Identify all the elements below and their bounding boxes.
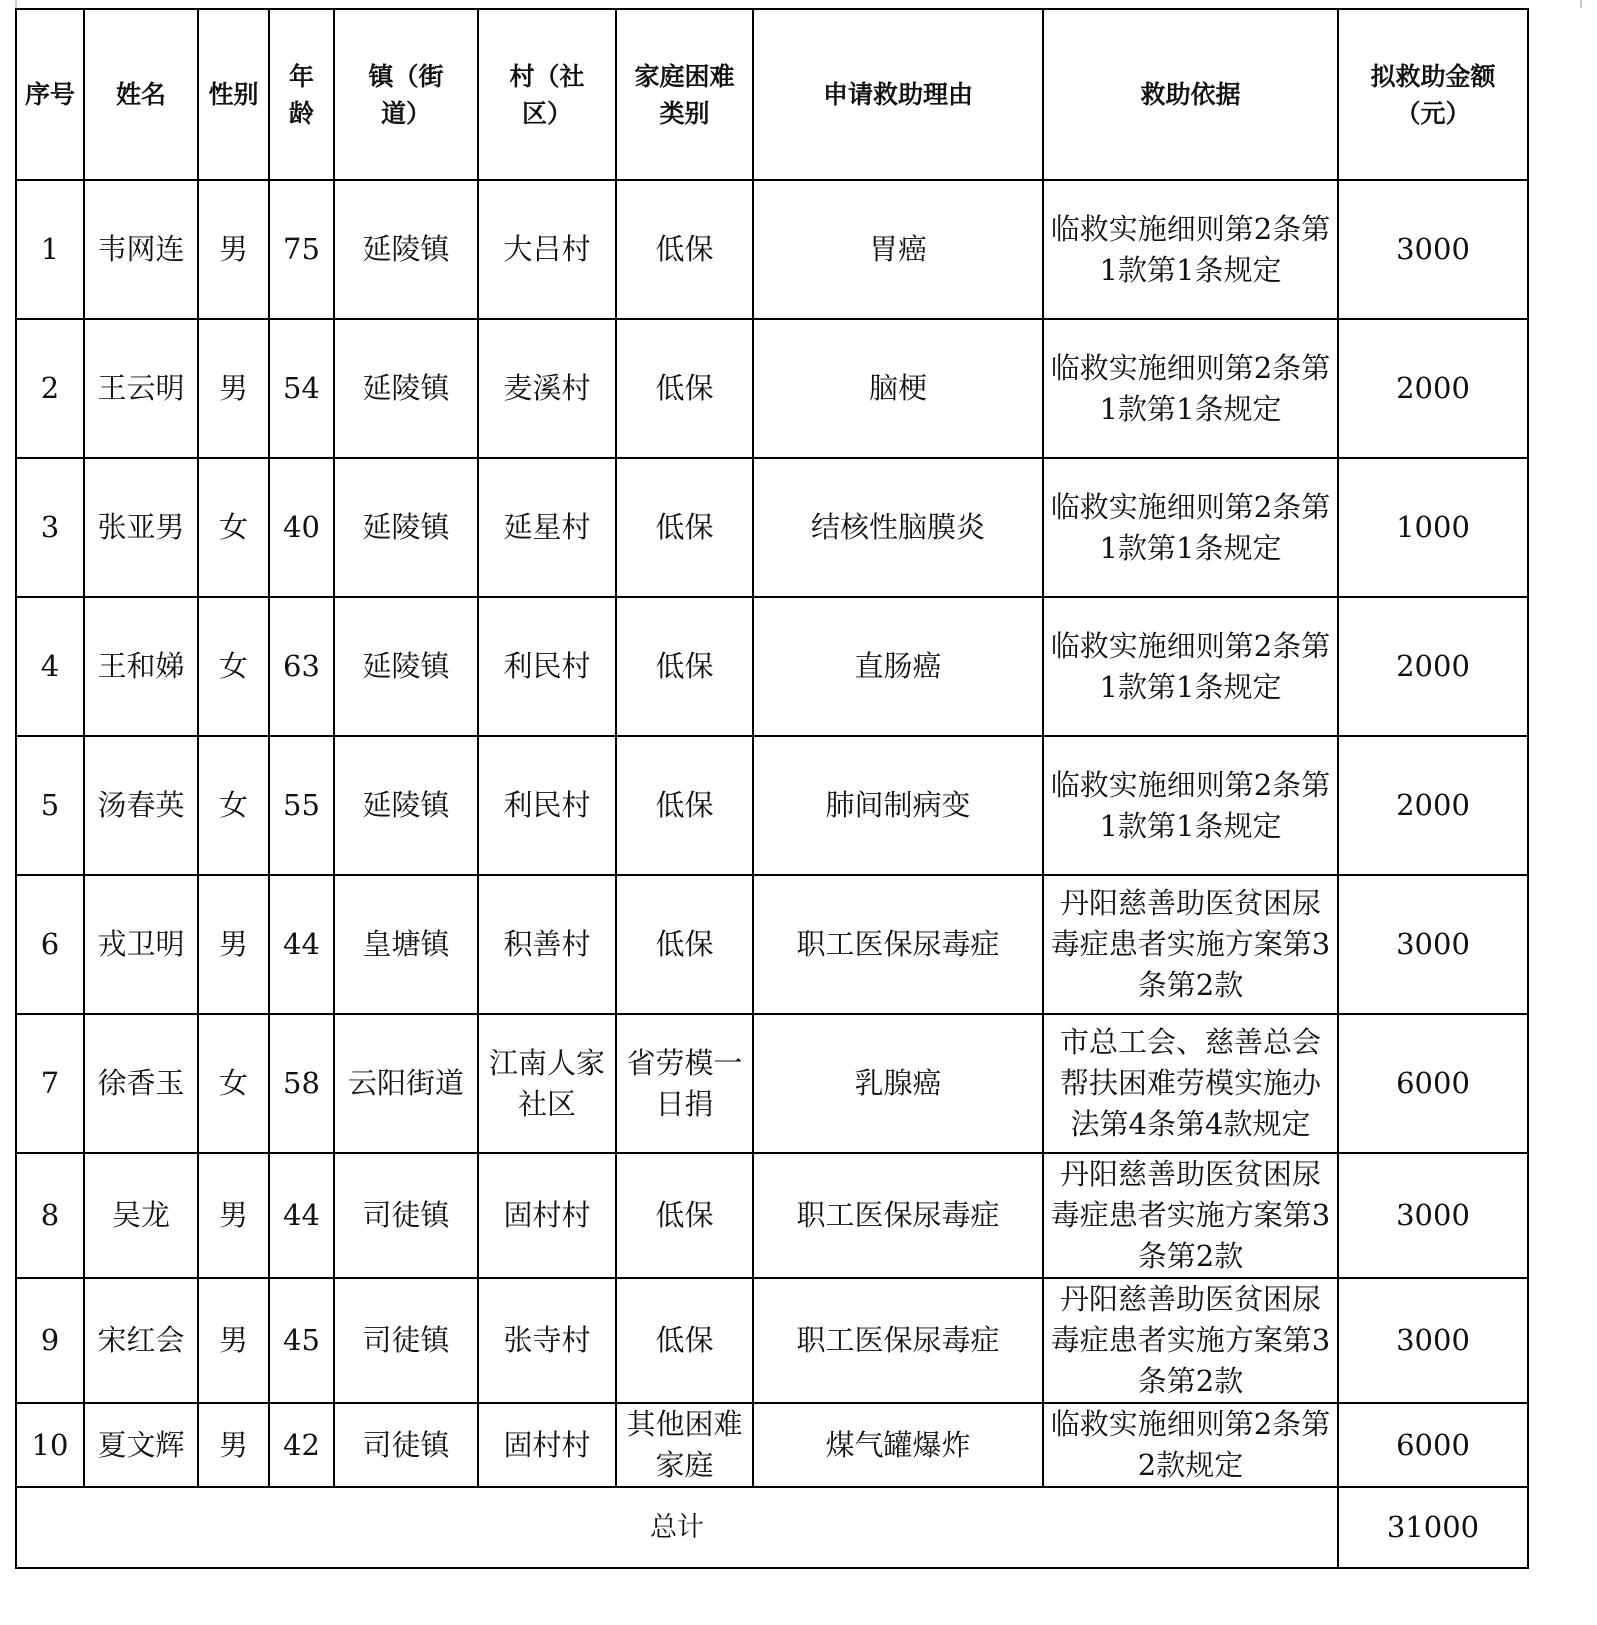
cell-gender: 男	[198, 1278, 269, 1403]
cell-town: 皇塘镇	[334, 875, 478, 1014]
cell-serial-number: 5	[16, 736, 84, 875]
cell-gender: 女	[198, 597, 269, 736]
header-row: 序号 姓名 性别 年 龄 镇（街 道） 村（社 区） 家庭困难 类别 申请救助理…	[16, 9, 1528, 180]
table-row: 4 王和娣 女 63 延陵镇 利民村 低保 直肠癌 临救实施细则第2条第1款第1…	[16, 597, 1528, 736]
cell-gender: 男	[198, 1153, 269, 1278]
cell-amount: 2000	[1338, 597, 1528, 736]
cell-town: 司徒镇	[334, 1403, 478, 1487]
total-row: 总计 31000	[16, 1487, 1528, 1568]
header-basis: 救助依据	[1043, 9, 1338, 180]
cell-village: 江南人家社区	[478, 1014, 616, 1153]
cell-name: 汤春英	[84, 736, 198, 875]
cell-amount: 6000	[1338, 1403, 1528, 1487]
cell-reason: 职工医保尿毒症	[753, 875, 1043, 1014]
table-row: 6 戎卫明 男 44 皇塘镇 积善村 低保 职工医保尿毒症 丹阳慈善助医贫困尿毒…	[16, 875, 1528, 1014]
cell-age: 40	[269, 458, 334, 597]
cell-gender: 男	[198, 1403, 269, 1487]
cell-town: 延陵镇	[334, 180, 478, 319]
cell-age: 45	[269, 1278, 334, 1403]
cell-village: 固村村	[478, 1403, 616, 1487]
cell-age: 44	[269, 875, 334, 1014]
cell-town: 云阳街道	[334, 1014, 478, 1153]
table-row: 2 王云明 男 54 延陵镇 麦溪村 低保 脑梗 临救实施细则第2条第1款第1条…	[16, 319, 1528, 458]
cell-gender: 女	[198, 458, 269, 597]
cell-hardship-category: 低保	[616, 319, 753, 458]
header-village: 村（社 区）	[478, 9, 616, 180]
cell-basis: 临救实施细则第2条第1款第1条规定	[1043, 458, 1338, 597]
header-serial-number: 序号	[16, 9, 84, 180]
cell-serial-number: 10	[16, 1403, 84, 1487]
cell-amount: 3000	[1338, 1278, 1528, 1403]
cell-village: 积善村	[478, 875, 616, 1014]
cell-village: 麦溪村	[478, 319, 616, 458]
cell-name: 王和娣	[84, 597, 198, 736]
cell-town: 司徒镇	[334, 1153, 478, 1278]
cell-reason: 乳腺癌	[753, 1014, 1043, 1153]
cell-village: 延星村	[478, 458, 616, 597]
cell-town: 延陵镇	[334, 597, 478, 736]
cell-gender: 女	[198, 736, 269, 875]
cell-serial-number: 4	[16, 597, 84, 736]
cell-amount: 3000	[1338, 875, 1528, 1014]
cell-serial-number: 9	[16, 1278, 84, 1403]
cell-amount: 1000	[1338, 458, 1528, 597]
cell-town: 延陵镇	[334, 736, 478, 875]
cell-town: 司徒镇	[334, 1278, 478, 1403]
cell-hardship-category: 低保	[616, 736, 753, 875]
cell-village: 利民村	[478, 597, 616, 736]
cell-name: 夏文辉	[84, 1403, 198, 1487]
cell-age: 44	[269, 1153, 334, 1278]
cell-gender: 男	[198, 180, 269, 319]
cell-hardship-category: 低保	[616, 875, 753, 1014]
cell-village: 固村村	[478, 1153, 616, 1278]
cell-gender: 男	[198, 875, 269, 1014]
cell-reason: 煤气罐爆炸	[753, 1403, 1043, 1487]
cell-amount: 3000	[1338, 180, 1528, 319]
cell-name: 张亚男	[84, 458, 198, 597]
cell-amount: 6000	[1338, 1014, 1528, 1153]
cell-village: 大吕村	[478, 180, 616, 319]
header-age: 年 龄	[269, 9, 334, 180]
page-edge-marker	[1580, 0, 1582, 8]
cell-name: 王云明	[84, 319, 198, 458]
cell-amount: 2000	[1338, 319, 1528, 458]
cell-age: 75	[269, 180, 334, 319]
header-amount: 拟救助金额 （元）	[1338, 9, 1528, 180]
cell-name: 徐香玉	[84, 1014, 198, 1153]
cell-reason: 职工医保尿毒症	[753, 1278, 1043, 1403]
table-row: 9 宋红会 男 45 司徒镇 张寺村 低保 职工医保尿毒症 丹阳慈善助医贫困尿毒…	[16, 1278, 1528, 1403]
cell-name: 吴龙	[84, 1153, 198, 1278]
cell-basis: 临救实施细则第2条第1款第1条规定	[1043, 180, 1338, 319]
cell-hardship-category: 低保	[616, 597, 753, 736]
table-row: 10 夏文辉 男 42 司徒镇 固村村 其他困难家庭 煤气罐爆炸 临救实施细则第…	[16, 1403, 1528, 1487]
cell-basis: 临救实施细则第2条第2款规定	[1043, 1403, 1338, 1487]
cell-basis: 临救实施细则第2条第1款第1条规定	[1043, 597, 1338, 736]
cell-reason: 职工医保尿毒症	[753, 1153, 1043, 1278]
header-gender: 性别	[198, 9, 269, 180]
cell-age: 42	[269, 1403, 334, 1487]
cell-serial-number: 3	[16, 458, 84, 597]
header-town: 镇（街 道）	[334, 9, 478, 180]
cell-name: 韦网连	[84, 180, 198, 319]
cell-hardship-category: 低保	[616, 180, 753, 319]
cell-village: 张寺村	[478, 1278, 616, 1403]
cell-basis: 临救实施细则第2条第1款第1条规定	[1043, 736, 1338, 875]
cell-name: 戎卫明	[84, 875, 198, 1014]
cell-reason: 肺间制病变	[753, 736, 1043, 875]
cell-serial-number: 7	[16, 1014, 84, 1153]
cell-gender: 女	[198, 1014, 269, 1153]
header-reason: 申请救助理由	[753, 9, 1043, 180]
cell-serial-number: 8	[16, 1153, 84, 1278]
total-label: 总计	[16, 1487, 1338, 1568]
cell-age: 63	[269, 597, 334, 736]
cell-basis: 丹阳慈善助医贫困尿毒症患者实施方案第3条第2款	[1043, 1153, 1338, 1278]
relief-applicants-table: 序号 姓名 性别 年 龄 镇（街 道） 村（社 区） 家庭困难 类别 申请救助理…	[15, 8, 1529, 1569]
table-row: 5 汤春英 女 55 延陵镇 利民村 低保 肺间制病变 临救实施细则第2条第1款…	[16, 736, 1528, 875]
cell-age: 58	[269, 1014, 334, 1153]
cell-reason: 脑梗	[753, 319, 1043, 458]
header-hardship-category: 家庭困难 类别	[616, 9, 753, 180]
cell-hardship-category: 省劳模一日捐	[616, 1014, 753, 1153]
cell-basis: 丹阳慈善助医贫困尿毒症患者实施方案第3条第2款	[1043, 1278, 1338, 1403]
cell-hardship-category: 低保	[616, 1153, 753, 1278]
cell-serial-number: 2	[16, 319, 84, 458]
cell-gender: 男	[198, 319, 269, 458]
header-name: 姓名	[84, 9, 198, 180]
cell-basis: 丹阳慈善助医贫困尿毒症患者实施方案第3条第2款	[1043, 875, 1338, 1014]
cell-town: 延陵镇	[334, 458, 478, 597]
cell-reason: 直肠癌	[753, 597, 1043, 736]
cell-basis: 临救实施细则第2条第1款第1条规定	[1043, 319, 1338, 458]
total-amount: 31000	[1338, 1487, 1528, 1568]
cell-village: 利民村	[478, 736, 616, 875]
cell-serial-number: 6	[16, 875, 84, 1014]
cell-hardship-category: 低保	[616, 458, 753, 597]
cell-basis: 市总工会、慈善总会帮扶困难劳模实施办法第4条第4款规定	[1043, 1014, 1338, 1153]
cell-name: 宋红会	[84, 1278, 198, 1403]
cell-amount: 2000	[1338, 736, 1528, 875]
table-row: 1 韦网连 男 75 延陵镇 大吕村 低保 胃癌 临救实施细则第2条第1款第1条…	[16, 180, 1528, 319]
cell-serial-number: 1	[16, 180, 84, 319]
cell-town: 延陵镇	[334, 319, 478, 458]
table-row: 7 徐香玉 女 58 云阳街道 江南人家社区 省劳模一日捐 乳腺癌 市总工会、慈…	[16, 1014, 1528, 1153]
cell-hardship-category: 低保	[616, 1278, 753, 1403]
table-row: 3 张亚男 女 40 延陵镇 延星村 低保 结核性脑膜炎 临救实施细则第2条第1…	[16, 458, 1528, 597]
cell-reason: 胃癌	[753, 180, 1043, 319]
cell-amount: 3000	[1338, 1153, 1528, 1278]
cell-hardship-category: 其他困难家庭	[616, 1403, 753, 1487]
cell-age: 55	[269, 736, 334, 875]
page-edge-marker	[15, 0, 17, 8]
cell-reason: 结核性脑膜炎	[753, 458, 1043, 597]
table-row: 8 吴龙 男 44 司徒镇 固村村 低保 职工医保尿毒症 丹阳慈善助医贫困尿毒症…	[16, 1153, 1528, 1278]
cell-age: 54	[269, 319, 334, 458]
